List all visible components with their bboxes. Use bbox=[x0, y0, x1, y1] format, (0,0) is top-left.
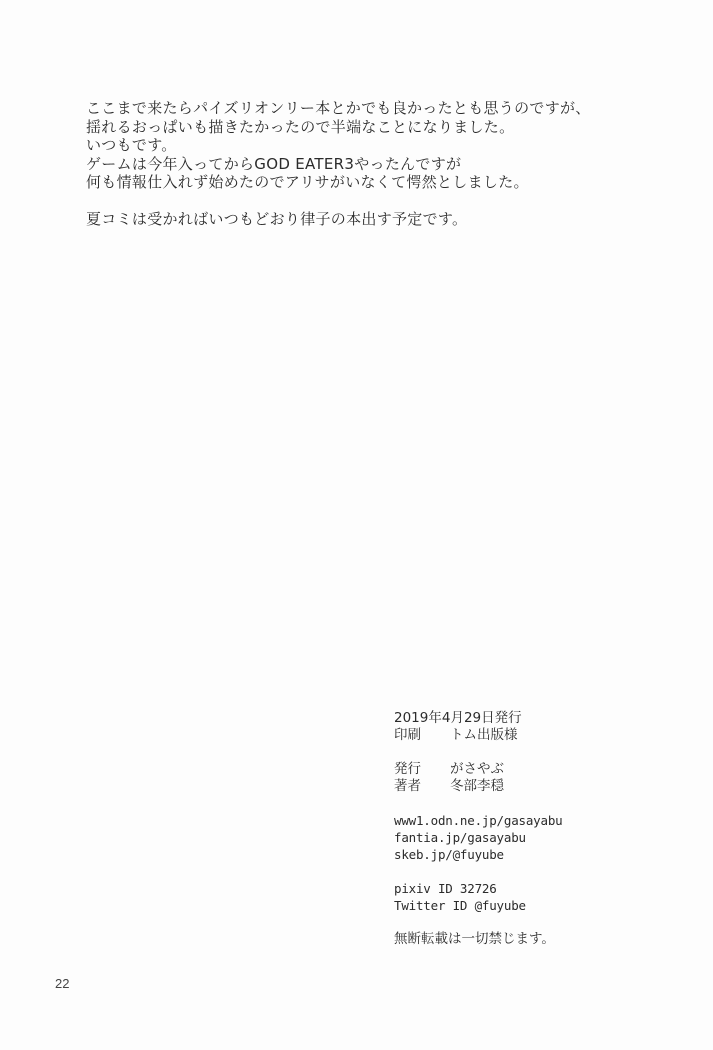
author-value: 冬部李穏 bbox=[450, 778, 504, 795]
link-skeb: skeb.jp/@fuyube bbox=[394, 846, 654, 863]
pixiv-id: pixiv ID 32726 bbox=[394, 880, 654, 897]
twitter-id: Twitter ID @fuyube bbox=[394, 897, 654, 914]
author-row: 著者 冬部李穏 bbox=[394, 778, 654, 795]
afterword-line-2: 揺れるおっぱいも描きたかったので半端なことになりました。 bbox=[86, 118, 646, 137]
publisher-label: 発行 bbox=[394, 761, 450, 778]
colophon-spacer bbox=[394, 744, 654, 761]
copyright-notice: 無断転載は一切禁じます。 bbox=[394, 931, 654, 948]
printer-label: 印刷 bbox=[394, 727, 450, 744]
colophon-spacer bbox=[394, 914, 654, 931]
colophon-spacer bbox=[394, 863, 654, 880]
publisher-value: がさやぶ bbox=[450, 761, 504, 778]
afterword-line-5: 何も情報仕入れず始めたのでアリサがいなくて愕然としました。 bbox=[86, 173, 646, 192]
afterword-line-7: 夏コミは受かればいつもどおり律子の本出す予定です。 bbox=[86, 210, 646, 229]
afterword-line-3: いつもです。 bbox=[86, 136, 646, 155]
link-fantia: fantia.jp/gasayabu bbox=[394, 829, 654, 846]
paragraph-spacer bbox=[86, 192, 646, 211]
printer-row: 印刷 トム出版様 bbox=[394, 727, 654, 744]
link-website: www1.odn.ne.jp/gasayabu bbox=[394, 812, 654, 829]
publication-date: 2019年4月29日発行 bbox=[394, 710, 654, 727]
author-label: 著者 bbox=[394, 778, 450, 795]
page-number: 22 bbox=[55, 976, 69, 991]
document-page: ここまで来たらパイズリオンリー本とかでも良かったとも思うのですが、 揺れるおっぱ… bbox=[0, 0, 713, 1050]
afterword-text: ここまで来たらパイズリオンリー本とかでも良かったとも思うのですが、 揺れるおっぱ… bbox=[86, 99, 646, 229]
printer-value: トム出版様 bbox=[450, 727, 518, 744]
publisher-row: 発行 がさやぶ bbox=[394, 761, 654, 778]
publication-date-text: 2019年4月29日発行 bbox=[394, 710, 522, 727]
colophon-spacer bbox=[394, 795, 654, 812]
afterword-line-1: ここまで来たらパイズリオンリー本とかでも良かったとも思うのですが、 bbox=[86, 99, 646, 118]
afterword-line-4: ゲームは今年入ってからGOD EATER3やったんですが bbox=[86, 155, 646, 174]
colophon: 2019年4月29日発行 印刷 トム出版様 発行 がさやぶ 著者 冬部李穏 ww… bbox=[394, 710, 654, 948]
